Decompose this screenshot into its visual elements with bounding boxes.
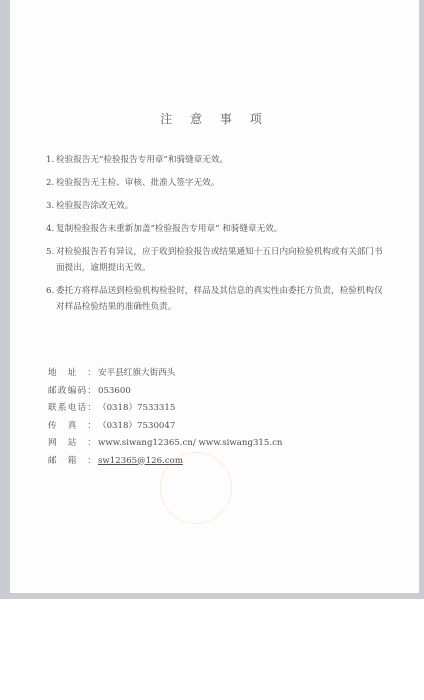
faded-stamp-mark [160, 452, 232, 524]
contact-fax: 传真： （0318）7530047 [48, 418, 282, 436]
note-text: 委托方将样品送到检验机构检验时，样品及其信息的真实性由委托方负责，检验机构仅对样… [56, 283, 386, 315]
note-text: 检验报告无主检、审核、批准人签字无效。 [56, 175, 386, 191]
note-text: 对检验报告若有异议，应于收到检验报告或结果通知十五日内向检验机构或有关部门书面提… [56, 244, 386, 276]
note-item: 3. 检验报告涂改无效。 [46, 198, 386, 214]
note-text: 检验报告无“检验报告专用章”和骑缝章无效。 [56, 152, 386, 168]
note-number: 6. [46, 283, 56, 315]
note-text: 复制检验报告未重新加盖“检验报告专用章” 和骑缝章无效。 [56, 221, 386, 237]
contact-postcode: 邮政编码： 053600 [48, 383, 282, 401]
contact-label: 传真： [48, 418, 98, 436]
note-item: 6. 委托方将样品送到检验机构检验时，样品及其信息的真实性由委托方负责，检验机构… [46, 283, 386, 315]
contact-phone: 联系电话： （0318）7533315 [48, 400, 282, 418]
contact-label: 联系电话： [48, 400, 98, 418]
contact-label: 邮政编码： [48, 383, 98, 401]
note-number: 5. [46, 244, 56, 276]
notes-list: 1. 检验报告无“检验报告专用章”和骑缝章无效。 2. 检验报告无主检、审核、批… [46, 152, 386, 322]
page-title: 注 意 事 项 [10, 110, 419, 127]
note-item: 1. 检验报告无“检验报告专用章”和骑缝章无效。 [46, 152, 386, 168]
note-number: 4. [46, 221, 56, 237]
note-number: 2. [46, 175, 56, 191]
note-item: 2. 检验报告无主检、审核、批准人签字无效。 [46, 175, 386, 191]
contact-address: 地址： 安平县红旗大街西头 [48, 365, 282, 383]
contact-value: （0318）7530047 [98, 418, 175, 436]
contact-value: 安平县红旗大街西头 [98, 365, 175, 383]
contact-website: 网站： www.siwang12365.cn/ www.siwang315.cn [48, 435, 282, 453]
contact-info: 地址： 安平县红旗大街西头 邮政编码： 053600 联系电话： （0318）7… [48, 365, 282, 470]
document-page: 注 意 事 项 1. 检验报告无“检验报告专用章”和骑缝章无效。 2. 检验报告… [10, 0, 419, 593]
contact-label: 邮箱： [48, 453, 98, 471]
note-item: 5. 对检验报告若有异议，应于收到检验报告或结果通知十五日内向检验机构或有关部门… [46, 244, 386, 276]
contact-label: 地址： [48, 365, 98, 383]
website-link[interactable]: www.siwang12365.cn/ www.siwang315.cn [98, 435, 282, 453]
note-item: 4. 复制检验报告未重新加盖“检验报告专用章” 和骑缝章无效。 [46, 221, 386, 237]
contact-label: 网站： [48, 435, 98, 453]
contact-value: 053600 [98, 383, 131, 401]
scanned-page-background: 注 意 事 项 1. 检验报告无“检验报告专用章”和骑缝章无效。 2. 检验报告… [0, 0, 424, 599]
note-text: 检验报告涂改无效。 [56, 198, 386, 214]
note-number: 3. [46, 198, 56, 214]
note-number: 1. [46, 152, 56, 168]
contact-value: （0318）7533315 [98, 400, 175, 418]
